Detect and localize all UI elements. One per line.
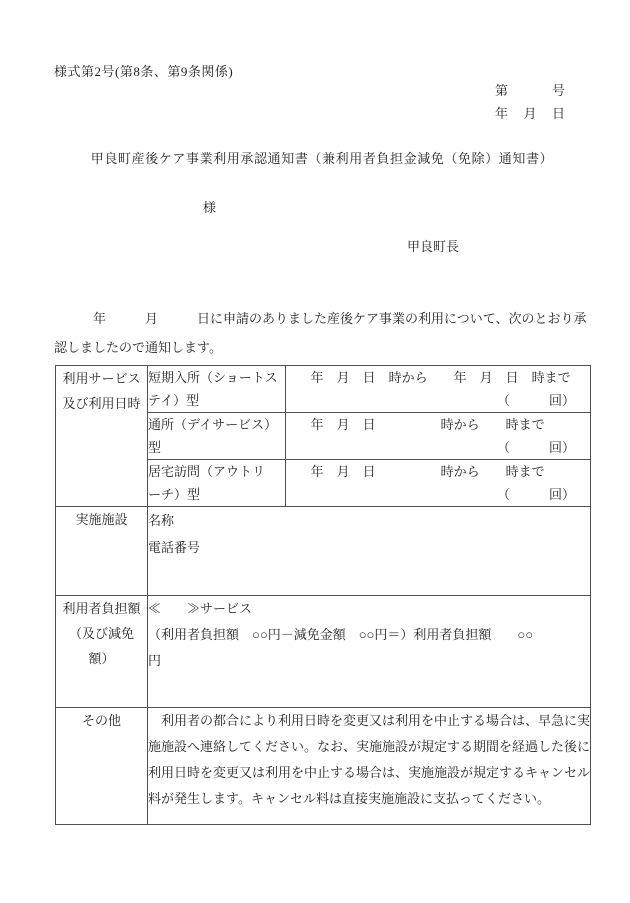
schedule-field: 年 月 日 時から 時まで [286, 413, 590, 436]
facility-info-cell: 名称 電話番号 [148, 507, 591, 596]
body-line: 認しましたので通知します。 [54, 333, 590, 362]
other-note-line: 施施設へ連絡してください。なお、実施施設が規定する期間を経過した後に [148, 734, 590, 760]
shortstay-type-label: 短期入所（ショートス テイ）型 [148, 366, 286, 413]
other-notes-cell: 利用者の都合により利用日時を変更又は利用を中止する場合は、早急に実 施施設へ連絡… [148, 708, 591, 825]
issue-date-month: 月 [523, 103, 536, 122]
issue-date-line: 年 月 日 [495, 103, 565, 122]
issue-date-day: 日 [552, 103, 565, 122]
facility-header: 実施施設 [56, 507, 148, 596]
burden-service-line: ≪ ≫サービス [148, 596, 590, 622]
service-section-header: 利用サービス 及び利用日時 [56, 366, 148, 507]
burden-detail-cell: ≪ ≫サービス （利用者負担額 ○○円－減免金額 ○○円＝）利用者負担額 ○○ … [148, 596, 591, 708]
outreach-type-label: 居宅訪問（アウトリ ーチ）型 [148, 460, 286, 507]
doc-number-suffix: 号 [552, 80, 565, 99]
document-page: 様式第2号(第8条、第9条関係) 第 号 年 月 日 甲良町産後ケア事業利用承認… [0, 0, 630, 903]
label-line: 短期入所（ショートス [148, 366, 285, 389]
label-line: 居宅訪問（アウトリ [148, 460, 285, 483]
body-paragraph: 年 月 日に申請のありました産後ケア事業の利用について、次のとおり承 認しました… [54, 304, 590, 362]
count-field: （ 回） [286, 436, 590, 459]
schedule-field: 年 月 日 時から 年 月 日 時まで [286, 366, 590, 389]
other-note-line: 利用日時を変更又は利用を中止する場合は、実施施設が規定するキャンセル [148, 760, 590, 786]
form-number: 様式第2号(第8条、第9条関係) [54, 61, 233, 80]
other-note-line: 料が発生します。キャンセル料は直接実施施設に支払ってください。 [148, 786, 590, 812]
label-line: 通所（デイサービス） [148, 413, 285, 436]
doc-number-prefix: 第 [495, 80, 508, 99]
count-field: （ 回） [286, 483, 590, 506]
approval-table: 利用サービス 及び利用日時 短期入所（ショートス テイ）型 年 月 日 時から … [55, 365, 591, 825]
burden-header-line: （及び減免 [56, 621, 147, 646]
schedule-field: 年 月 日 時から 時まで [286, 460, 590, 483]
shortstay-schedule-cell: 年 月 日 時から 年 月 日 時まで （ 回） [285, 366, 590, 413]
outreach-schedule-cell: 年 月 日 時から 時まで （ 回） [285, 460, 590, 507]
sender-name: 甲良町長 [407, 236, 459, 255]
facility-phone-label: 電話番号 [148, 534, 590, 561]
burden-header-line: 利用者負担額 [56, 596, 147, 621]
service-header-line: 及び利用日時 [56, 391, 147, 416]
burden-formula-line: 円 [148, 648, 590, 674]
table-row-shortstay: 利用サービス 及び利用日時 短期入所（ショートス テイ）型 年 月 日 時から … [56, 366, 591, 413]
label-line: テイ）型 [148, 389, 285, 412]
dayservice-schedule-cell: 年 月 日 時から 時まで （ 回） [285, 413, 590, 460]
addressee-suffix: 様 [203, 197, 216, 216]
table-row-burden: 利用者負担額 （及び減免 額） ≪ ≫サービス （利用者負担額 ○○円－減免金額… [56, 596, 591, 708]
other-note-line: 利用者の都合により利用日時を変更又は利用を中止する場合は、早急に実 [148, 708, 590, 734]
issue-date-year: 年 [495, 103, 508, 122]
document-number-line: 第 号 [495, 80, 565, 99]
body-line: 年 月 日に申請のありました産後ケア事業の利用について、次のとおり承 [54, 304, 590, 333]
label-line: ーチ）型 [148, 483, 285, 506]
burden-formula-line: （利用者負担額 ○○円－減免金額 ○○円＝）利用者負担額 ○○ [148, 622, 590, 648]
other-header: その他 [56, 708, 148, 825]
table-row-facility: 実施施設 名称 電話番号 [56, 507, 591, 596]
table-row-other: その他 利用者の都合により利用日時を変更又は利用を中止する場合は、早急に実 施施… [56, 708, 591, 825]
burden-header-line: 額） [56, 646, 147, 671]
label-line: 型 [148, 436, 285, 459]
count-field: （ 回） [286, 389, 590, 412]
document-title: 甲良町産後ケア事業利用承認通知書（兼利用者負担金減免（免除）通知書） [0, 148, 630, 167]
service-header-line: 利用サービス [56, 366, 147, 391]
dayservice-type-label: 通所（デイサービス） 型 [148, 413, 286, 460]
facility-name-label: 名称 [148, 507, 590, 534]
burden-header: 利用者負担額 （及び減免 額） [56, 596, 148, 708]
